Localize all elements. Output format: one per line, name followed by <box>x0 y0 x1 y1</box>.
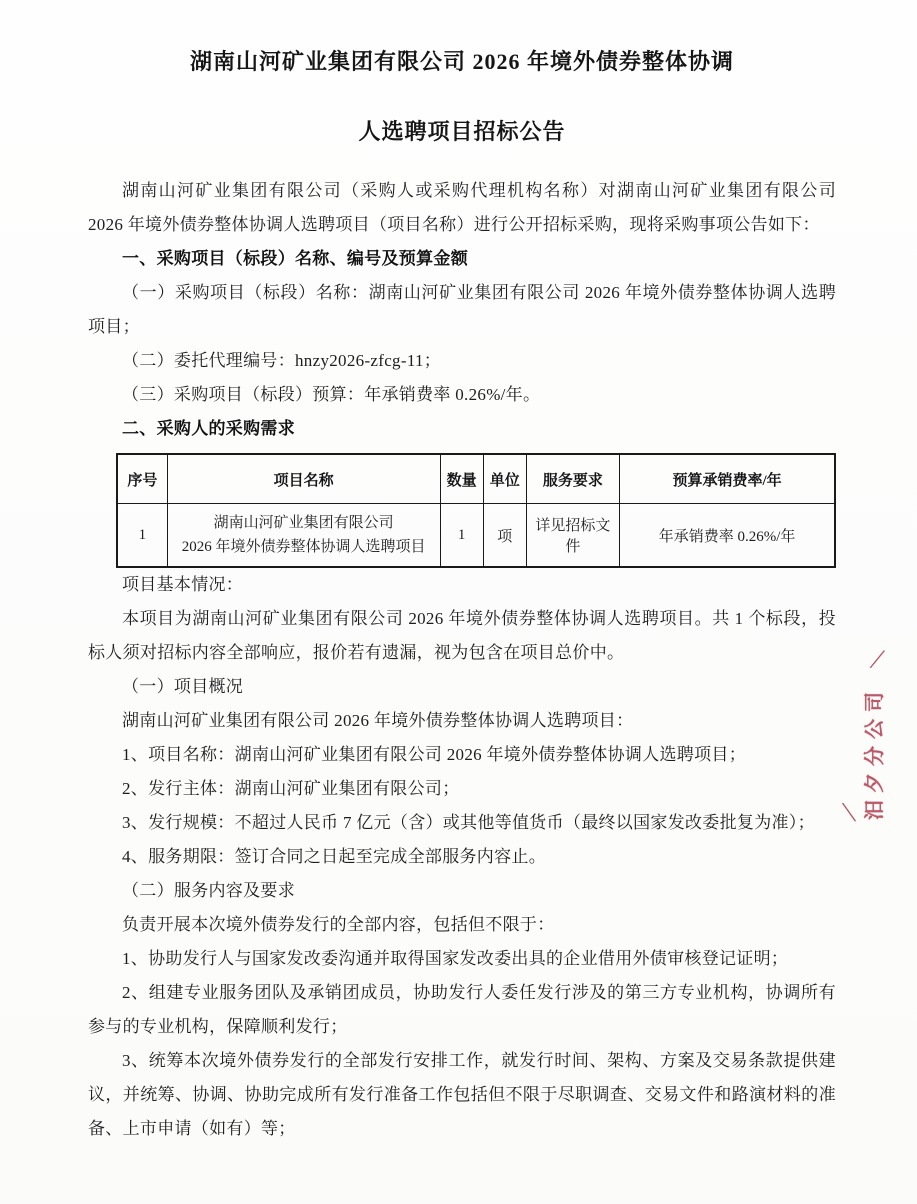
section1-item-name: （一）采购项目（标段）名称：湖南山河矿业集团有限公司 2026 年境外债券整体协… <box>88 276 836 344</box>
intro-paragraph: 湖南山河矿业集团有限公司（采购人或采购代理机构名称）对湖南山河矿业集团有限公司 … <box>88 174 836 242</box>
procurement-requirements-table: 序号 项目名称 数量 单位 服务要求 预算承销费率/年 1 湖南山河矿业集团有限… <box>116 453 836 568</box>
table-header-row: 序号 项目名称 数量 单位 服务要求 预算承销费率/年 <box>117 454 835 504</box>
paragraph-service-item3: 3、统筹本次境外债券发行的全部发行安排工作，就发行时间、架构、方案及交易条款提供… <box>88 1044 836 1146</box>
cell-project-name: 湖南山河矿业集团有限公司 2026 年境外债券整体协调人选聘项目 <box>167 504 440 568</box>
cell-project-name-line1: 湖南山河矿业集团有限公司 <box>171 511 437 535</box>
cell-budget-rate: 年承销费率 0.26%/年 <box>620 504 835 568</box>
paragraph-item4-service-period: 4、服务期限：签订合同之日起至完成全部服务内容止。 <box>88 840 836 874</box>
header-seq: 序号 <box>117 454 167 504</box>
table-row: 1 湖南山河矿业集团有限公司 2026 年境外债券整体协调人选聘项目 1 项 详… <box>117 504 835 568</box>
paragraph-item1-project-name: 1、项目名称：湖南山河矿业集团有限公司 2026 年境外债券整体协调人选聘项目； <box>88 738 836 772</box>
paragraph-subsection1-heading: （一）项目概况 <box>88 670 836 704</box>
section2-heading: 二、采购人的采购需求 <box>88 412 836 446</box>
cell-unit: 项 <box>483 504 526 568</box>
document-body: 湖南山河矿业集团有限公司（采购人或采购代理机构名称）对湖南山河矿业集团有限公司 … <box>88 174 836 1146</box>
seal-stamp-text: 汨夕分公司 <box>858 685 887 820</box>
paragraph-project-overview: 本项目为湖南山河矿业集团有限公司 2026 年境外债券整体协调人选聘项目。共 1… <box>88 602 836 670</box>
paragraph-item2-issuer: 2、发行主体：湖南山河矿业集团有限公司； <box>88 772 836 806</box>
paragraph-service-item1: 1、协助发行人与国家发改委沟通并取得国家发改委出具的企业借用外债审核登记证明； <box>88 942 836 976</box>
section1-heading: 一、采购项目（标段）名称、编号及预算金额 <box>88 242 836 276</box>
scanned-document-page: 湖南山河矿业集团有限公司 2026 年境外债券整体协调 人选聘项目招标公告 湖南… <box>0 0 917 1204</box>
document-title-line2: 人选聘项目招标公告 <box>88 116 836 148</box>
section1-item-budget: （三）采购项目（标段）预算：年承销费率 0.26%/年。 <box>88 378 836 412</box>
paragraph-project-title: 湖南山河矿业集团有限公司 2026 年境外债券整体协调人选聘项目： <box>88 704 836 738</box>
cell-service-requirement: 详见招标文件 <box>526 504 619 568</box>
paragraph-subsection2-heading: （二）服务内容及要求 <box>88 874 836 908</box>
seal-edge-mark-bottom: ╲ <box>843 802 856 823</box>
cell-seq: 1 <box>117 504 167 568</box>
section1-item-agency-number: （二）委托代理编号：hnzy2026-zfcg-11； <box>88 344 836 378</box>
header-project-name: 项目名称 <box>167 454 440 504</box>
red-seal-stamp: ╱ 汨夕分公司 ╲ <box>844 648 904 838</box>
seal-edge-mark-top: ╱ <box>870 649 884 671</box>
header-budget-rate: 预算承销费率/年 <box>620 454 835 504</box>
header-quantity: 数量 <box>440 454 483 504</box>
cell-quantity: 1 <box>440 504 483 568</box>
paragraph-service-scope-intro: 负责开展本次境外债券发行的全部内容，包括但不限于： <box>88 908 836 942</box>
header-unit: 单位 <box>483 454 526 504</box>
paragraph-basic-info-label: 项目基本情况： <box>88 568 836 602</box>
header-service-requirement: 服务要求 <box>526 454 619 504</box>
cell-project-name-line2: 2026 年境外债券整体协调人选聘项目 <box>171 535 437 559</box>
paragraph-item3-issue-scale: 3、发行规模：不超过人民币 7 亿元（含）或其他等值货币（最终以国家发改委批复为… <box>88 806 836 840</box>
paragraph-service-item2: 2、组建专业服务团队及承销团成员，协助发行人委任发行涉及的第三方专业机构，协调所… <box>88 976 836 1044</box>
document-title-line1: 湖南山河矿业集团有限公司 2026 年境外债券整体协调 <box>88 46 836 78</box>
